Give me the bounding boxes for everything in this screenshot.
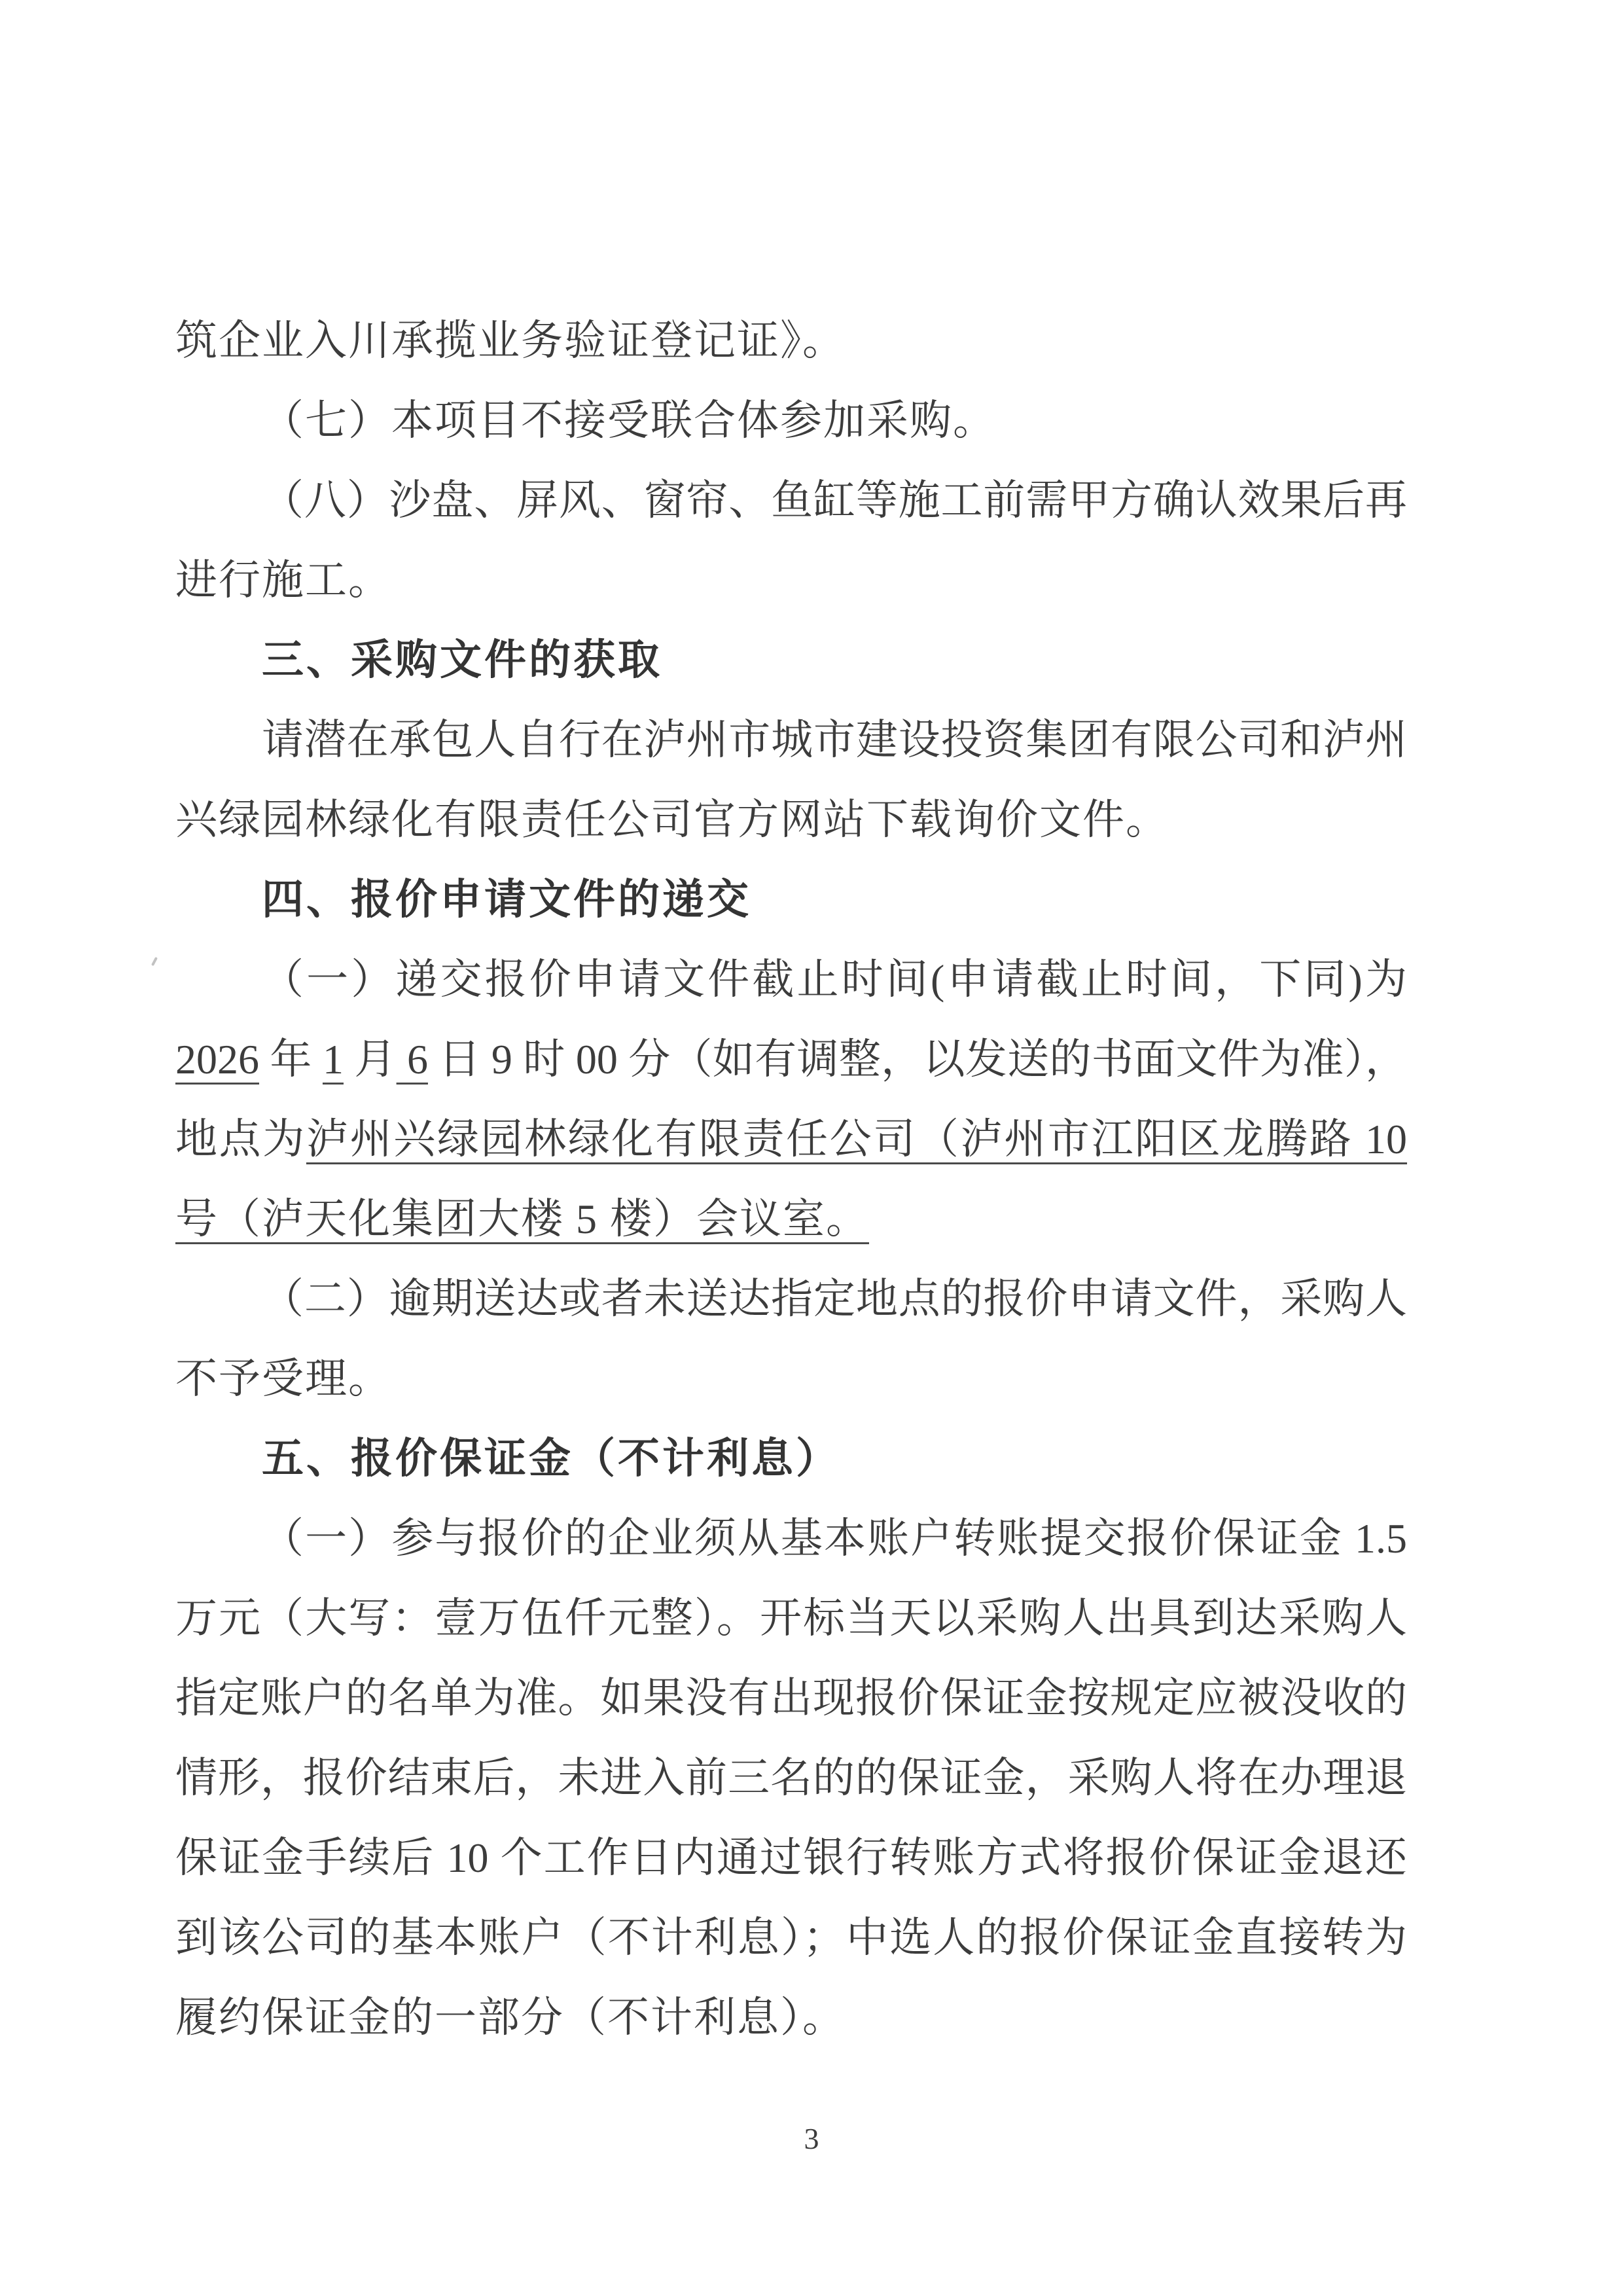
body-line-item-1: （一）递交报价申请文件截止时间(申请截止时间，下同)为 (175, 940, 1407, 1020)
section-heading-4: 四、报价申请文件的递交 (175, 860, 1407, 940)
body-text: 不予受理。 (175, 1355, 391, 1402)
body-line: 情形，报价结束后，未进入前三名的的保证金，采购人将在办理退 (175, 1738, 1407, 1818)
body-line: 指定账户的名单为准。如果没有出现报价保证金按规定应被没收的 (175, 1659, 1407, 1738)
body-text: 兴绿园林绿化有限责任公司官方网站下载询价文件。 (175, 797, 1169, 843)
body-text: （一）参与报价的企业须从基本账户转账提交报价保证金 1.5 (262, 1515, 1407, 1562)
body-text: 请潜在承包人自行在泸州市城市建设投资集团有限公司和泸州 (262, 717, 1407, 763)
section-heading-5: 五、报价保证金（不计利息） (175, 1419, 1407, 1499)
body-line-item-2: （二）逾期送达或者未送达指定地点的报价申请文件，采购人 (175, 1259, 1407, 1339)
body-text: （二）逾期送达或者未送达指定地点的报价申请文件，采购人 (262, 1276, 1407, 1322)
heading-text: 四、报价申请文件的递交 (262, 876, 751, 923)
deadline-year: 2026 (175, 1036, 259, 1083)
section-heading-3: 三、采购文件的获取 (175, 620, 1407, 700)
body-line: 进行施工。 (175, 541, 1407, 620)
body-line-item-8: （八）沙盘、屏风、窗帘、鱼缸等施工前需甲方确认效果后再 (175, 461, 1407, 541)
page-number: 3 (0, 2119, 1623, 2159)
body-text: 日 9 时 00 分（如有调整，以发送的书面文件为准）， (428, 1036, 1407, 1083)
body-line-continuation: 筑企业入川承揽业务验证登记证》。 (175, 301, 1407, 381)
body-text: 月 (344, 1036, 397, 1083)
deadline-day: 6 (397, 1036, 428, 1083)
body-text: （七）本项目不接受联合体参加采购。 (262, 397, 996, 444)
body-text: 万元（大写：壹万伍仟元整）。开标当天以采购人出具到达采购人 (175, 1595, 1407, 1641)
body-line: 不予受理。 (175, 1339, 1407, 1419)
body-line: 到该公司的基本账户（不计利息）；中选人的报价保证金直接转为 (175, 1898, 1407, 1978)
address-line-2: 号（泸天化集团大楼 5 楼）会议室。 (175, 1179, 1407, 1259)
scan-artifact (151, 957, 158, 966)
address-underlined: 泸州兴绿园林绿化有限责任公司（泸州市江阳区龙腾路 10 (306, 1116, 1407, 1162)
body-line-item-7: （七）本项目不接受联合体参加采购。 (175, 381, 1407, 461)
body-text: 到该公司的基本账户（不计利息）；中选人的报价保证金直接转为 (175, 1914, 1407, 1961)
body-text: 年 (259, 1036, 323, 1083)
deadline-month: 1 (323, 1036, 344, 1083)
body-line-item-1b: （一）参与报价的企业须从基本账户转账提交报价保证金 1.5 (175, 1499, 1407, 1579)
body-text: 保证金手续后 10 个工作日内通过银行转账方式将报价保证金退还 (175, 1835, 1407, 1881)
heading-text: 五、报价保证金（不计利息） (262, 1435, 840, 1482)
deadline-line: 2026 年 1 月 6 日 9 时 00 分（如有调整，以发送的书面文件为准）… (175, 1020, 1407, 1100)
body-text: 筑企业入川承揽业务验证登记证》。 (175, 317, 846, 364)
body-text: 履约保证金的一部分（不计利息）。 (175, 1994, 846, 2041)
address-underlined: 号（泸天化集团大楼 5 楼）会议室。 (175, 1196, 869, 1242)
address-line-1: 地点为泸州兴绿园林绿化有限责任公司（泸州市江阳区龙腾路 10 (175, 1100, 1407, 1179)
body-line: 请潜在承包人自行在泸州市城市建设投资集团有限公司和泸州 (175, 700, 1407, 780)
body-text: 进行施工。 (175, 557, 391, 603)
body-text: 情形，报价结束后，未进入前三名的的保证金，采购人将在办理退 (175, 1755, 1407, 1801)
scanned-document-page: 筑企业入川承揽业务验证登记证》。 （七）本项目不接受联合体参加采购。 （八）沙盘… (0, 0, 1623, 2296)
heading-text: 三、采购文件的获取 (262, 637, 662, 683)
body-text: 指定账户的名单为准。如果没有出现报价保证金按规定应被没收的 (175, 1675, 1407, 1721)
body-line: 履约保证金的一部分（不计利息）。 (175, 1978, 1407, 2058)
body-line: 万元（大写：壹万伍仟元整）。开标当天以采购人出具到达采购人 (175, 1579, 1407, 1659)
body-text: （八）沙盘、屏风、窗帘、鱼缸等施工前需甲方确认效果后再 (262, 477, 1407, 524)
body-line: 保证金手续后 10 个工作日内通过银行转账方式将报价保证金退还 (175, 1818, 1407, 1898)
body-line: 兴绿园林绿化有限责任公司官方网站下载询价文件。 (175, 780, 1407, 860)
body-text: 地点为 (175, 1116, 306, 1162)
body-text: （一）递交报价申请文件截止时间(申请截止时间，下同)为 (262, 956, 1407, 1003)
